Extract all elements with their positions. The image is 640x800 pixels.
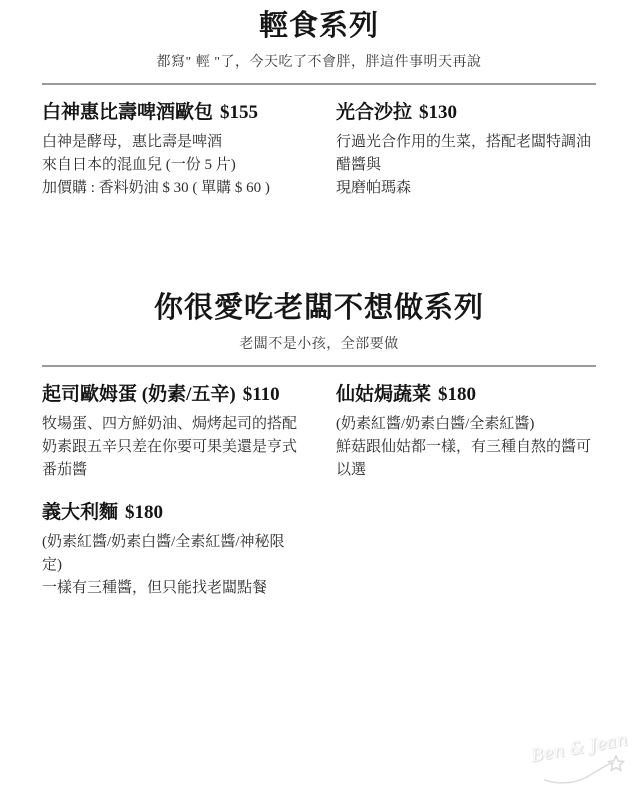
menu-page: 輕食系列 都寫" 輕 "了，今天吃了不會胖，胖這件事明天再說 白神惠比壽啤酒歐包…: [0, 0, 640, 800]
description-line: 奶素跟五辛只差在你要可果美還是亨式番茄醬: [42, 436, 302, 482]
section-items: 白神惠比壽啤酒歐包$155 白神是酵母，惠比壽是啤酒 來自日本的混血兒 (一份 …: [42, 100, 596, 200]
menu-item-title: 白神惠比壽啤酒歐包$155: [42, 100, 302, 126]
description-line: 行過光合作用的生菜，搭配老闆特調油醋醬與: [336, 131, 596, 177]
section-title: 輕食系列: [42, 10, 596, 43]
menu-item-name: 仙姑焗蔬菜: [336, 384, 431, 405]
menu-item-description: 牧場蛋、四方鮮奶油、焗烤起司的搭配 奶素跟五辛只差在你要可果美還是亨式番茄醬: [42, 413, 302, 482]
menu-content: 輕食系列 都寫" 輕 "了，今天吃了不會胖，胖這件事明天再說 白神惠比壽啤酒歐包…: [0, 0, 640, 600]
menu-item-name: 光合沙拉: [336, 102, 412, 123]
section-items: 起司歐姆蛋 (奶素/五辛)$110 牧場蛋、四方鮮奶油、焗烤起司的搭配 奶素跟五…: [42, 382, 596, 599]
section-subtitle: 都寫" 輕 "了，今天吃了不會胖，胖這件事明天再說: [42, 51, 596, 71]
menu-item: 仙姑焗蔬菜$180 (奶素紅醬/奶素白醬/全素紅醬) 鮮菇跟仙姑都一樣，有三種自…: [336, 382, 596, 482]
watermark-signature: Ben & Jean: [525, 729, 637, 768]
menu-item-name: 義大利麵: [42, 502, 118, 523]
menu-item: 起司歐姆蛋 (奶素/五辛)$110 牧場蛋、四方鮮奶油、焗烤起司的搭配 奶素跟五…: [42, 382, 302, 482]
section-divider: [42, 83, 596, 85]
description-line: 加價購 : 香料奶油 $ 30 ( 單購 $ 60 ): [42, 177, 302, 200]
description-line: (奶素紅醬/奶素白醬/全素紅醬): [336, 413, 596, 436]
menu-item-description: 白神是酵母，惠比壽是啤酒 來自日本的混血兒 (一份 5 片) 加價購 : 香料奶…: [42, 131, 302, 200]
menu-item: 光合沙拉$130 行過光合作用的生菜，搭配老闆特調油醋醬與 現磨帕瑪森: [336, 100, 596, 200]
watermark: Ben & Jean: [526, 738, 636, 796]
menu-item-name: 起司歐姆蛋 (奶素/五辛): [42, 384, 236, 405]
menu-item-price: $180: [125, 502, 163, 523]
menu-item-price: $110: [243, 384, 280, 405]
menu-item: 白神惠比壽啤酒歐包$155 白神是酵母，惠比壽是啤酒 來自日本的混血兒 (一份 …: [42, 100, 302, 200]
menu-item-description: (奶素紅醬/奶素白醬/全素紅醬/神秘限定) 一樣有三種醬，但只能找老闆點餐: [42, 531, 302, 600]
section-title: 你很愛吃老闆不想做系列: [42, 292, 596, 325]
description-line: 來自日本的混血兒 (一份 5 片): [42, 154, 302, 177]
menu-item-title: 起司歐姆蛋 (奶素/五辛)$110: [42, 382, 302, 408]
section-light-food: 輕食系列 都寫" 輕 "了，今天吃了不會胖，胖這件事明天再說 白神惠比壽啤酒歐包…: [42, 10, 596, 200]
description-line: 白神是酵母，惠比壽是啤酒: [42, 131, 302, 154]
description-line: 牧場蛋、四方鮮奶油、焗烤起司的搭配: [42, 413, 302, 436]
description-line: (奶素紅醬/奶素白醬/全素紅醬/神秘限定): [42, 531, 302, 577]
shooting-star-icon: [540, 754, 626, 784]
menu-item-title: 仙姑焗蔬菜$180: [336, 382, 596, 408]
section-divider: [42, 365, 596, 367]
menu-item-price: $155: [220, 102, 258, 123]
menu-item-title: 義大利麵$180: [42, 500, 302, 526]
menu-item-price: $130: [419, 102, 457, 123]
menu-item-price: $180: [438, 384, 476, 405]
menu-item-description: 行過光合作用的生菜，搭配老闆特調油醋醬與 現磨帕瑪森: [336, 131, 596, 200]
menu-item: 義大利麵$180 (奶素紅醬/奶素白醬/全素紅醬/神秘限定) 一樣有三種醬，但只…: [42, 500, 302, 600]
menu-item-title: 光合沙拉$130: [336, 100, 596, 126]
description-line: 一樣有三種醬，但只能找老闆點餐: [42, 577, 302, 600]
menu-item-description: (奶素紅醬/奶素白醬/全素紅醬) 鮮菇跟仙姑都一樣，有三種自熬的醬可以選: [336, 413, 596, 482]
description-line: 現磨帕瑪森: [336, 177, 596, 200]
menu-item-name: 白神惠比壽啤酒歐包: [42, 102, 213, 123]
section-subtitle: 老闆不是小孩，全部要做: [42, 333, 596, 353]
section-boss-reluctant: 你很愛吃老闆不想做系列 老闆不是小孩，全部要做 起司歐姆蛋 (奶素/五辛)$11…: [42, 292, 596, 600]
description-line: 鮮菇跟仙姑都一樣，有三種自熬的醬可以選: [336, 436, 596, 482]
